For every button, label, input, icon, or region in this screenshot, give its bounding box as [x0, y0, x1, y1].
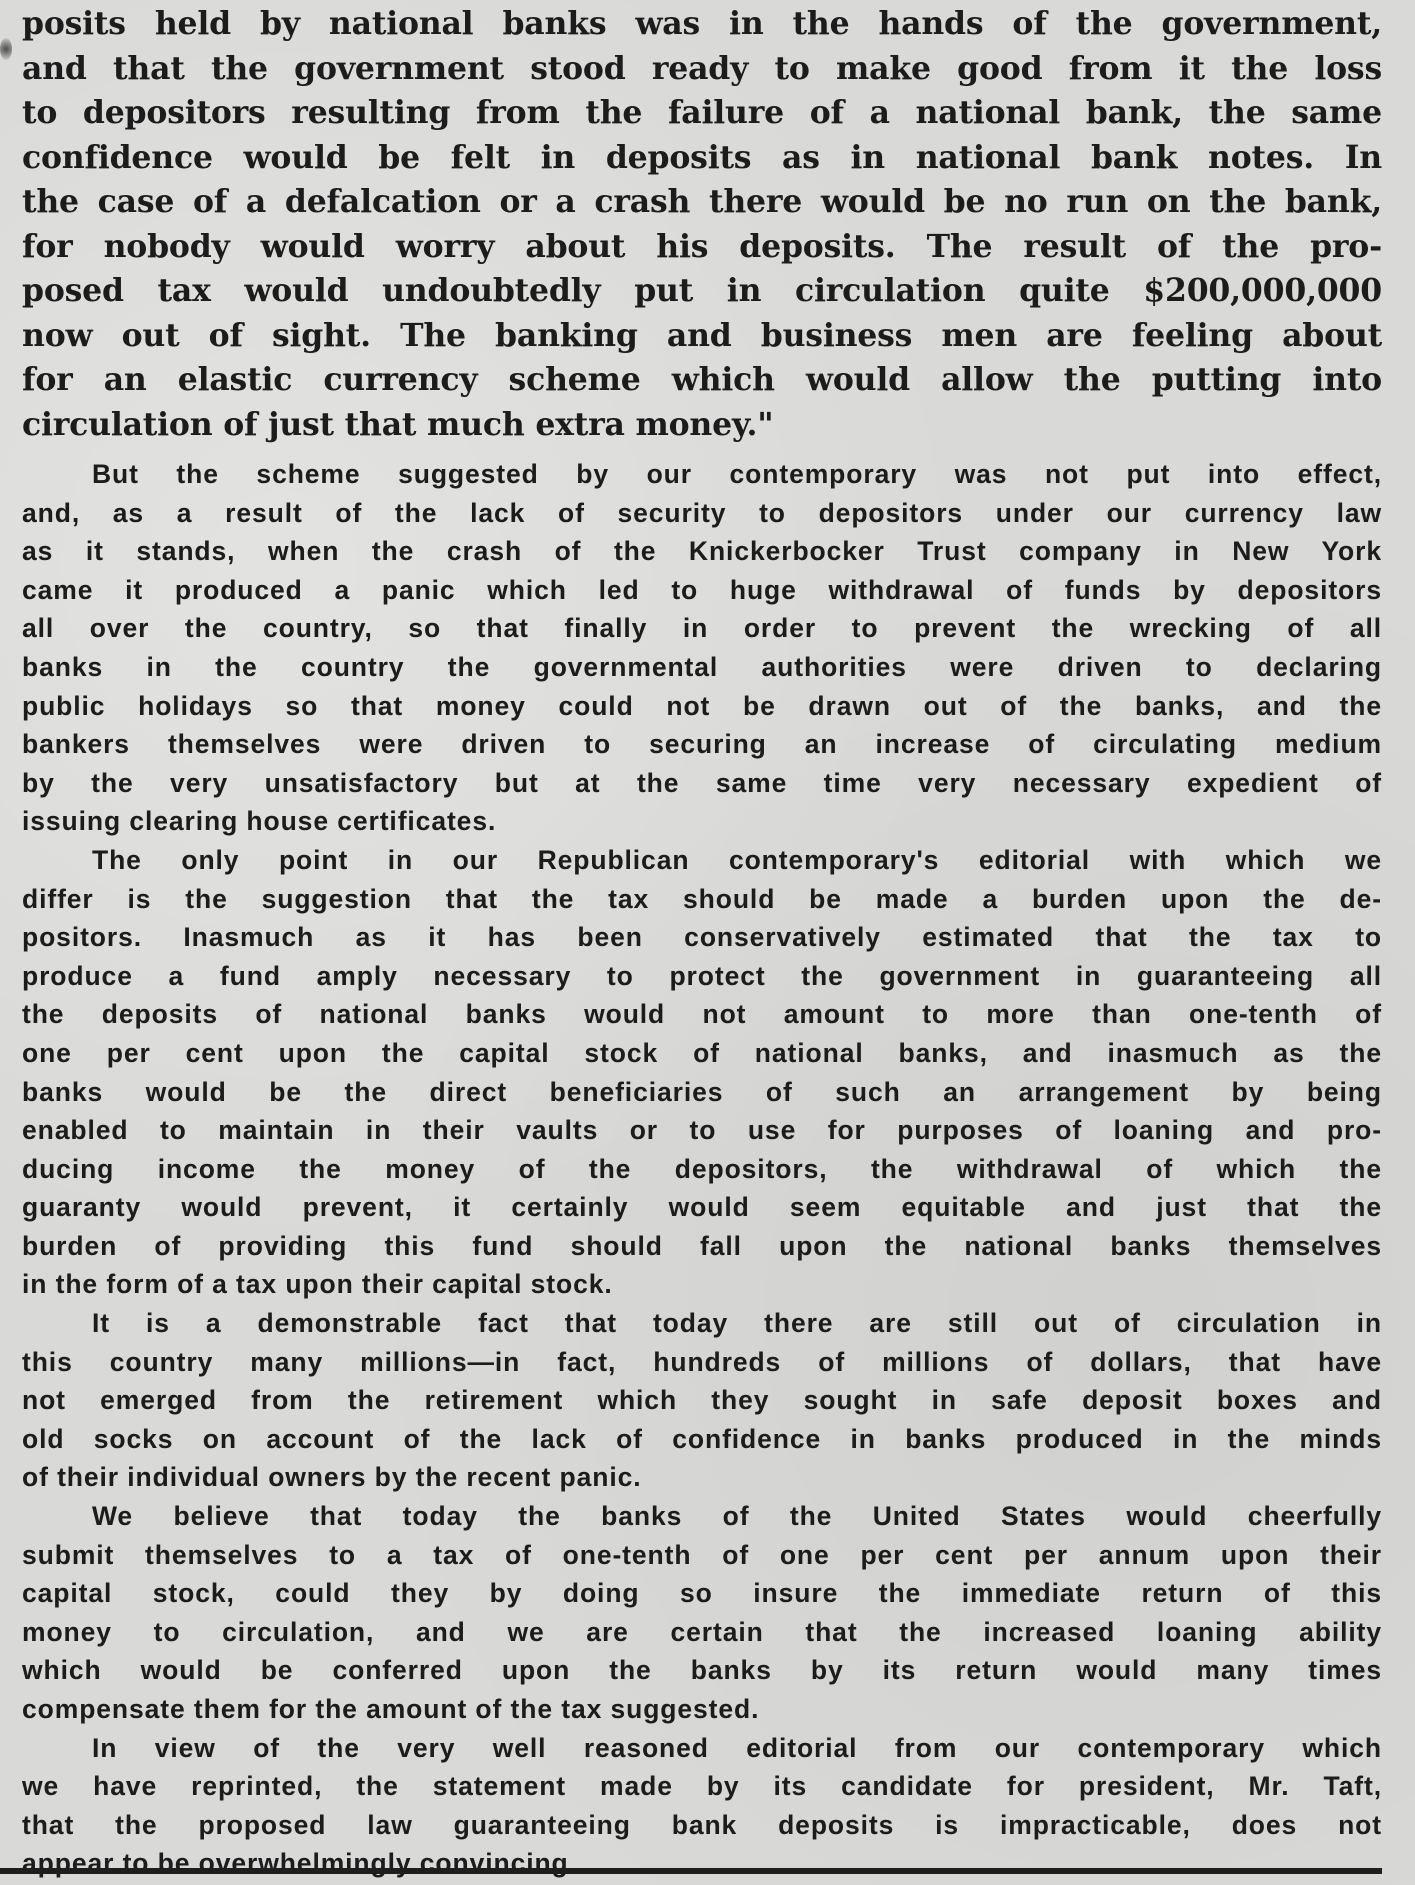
- paragraph-line: positors. Inasmuch as it has been conser…: [22, 918, 1382, 957]
- quote-line: now out of sight. The banking and busine…: [22, 314, 1382, 359]
- paragraph-line: ducing income the money of the depositor…: [22, 1150, 1382, 1189]
- quote-line: the case of a defalcation or a crash the…: [22, 180, 1382, 225]
- paragraph-line: money to circulation, and we are certain…: [22, 1613, 1382, 1652]
- paragraph-line: that the proposed law guaranteeing bank …: [22, 1806, 1382, 1845]
- paragraph-line: banks would be the direct beneficiaries …: [22, 1073, 1382, 1112]
- paragraph-line: one per cent upon the capital stock of n…: [22, 1034, 1382, 1073]
- paragraph: It is a demonstrable fact that today the…: [22, 1304, 1382, 1497]
- paragraph-line: But the scheme suggested by our contempo…: [22, 455, 1382, 494]
- paragraph: In view of the very well reasoned editor…: [22, 1729, 1382, 1883]
- paragraph-line: enabled to maintain in their vaults or t…: [22, 1111, 1382, 1150]
- quote-line: posits held by national banks was in the…: [22, 2, 1382, 47]
- paragraph-line: came it produced a panic which led to hu…: [22, 571, 1382, 610]
- paragraph-line: bankers themselves were driven to securi…: [22, 725, 1382, 764]
- paragraph-line: not emerged from the retirement which th…: [22, 1381, 1382, 1420]
- paragraph-line: public holidays so that money could not …: [22, 687, 1382, 726]
- paragraph-line: The only point in our Republican contemp…: [22, 841, 1382, 880]
- paragraph-line: of their individual owners by the recent…: [22, 1458, 1382, 1497]
- paragraph-line: in the form of a tax upon their capital …: [22, 1265, 1382, 1304]
- paragraph-line: differ is the suggestion that the tax sh…: [22, 880, 1382, 919]
- quoted-passage: posits held by national banks was in the…: [22, 0, 1382, 447]
- paragraph-line: We believe that today the banks of the U…: [22, 1497, 1382, 1536]
- paragraph: We believe that today the banks of the U…: [22, 1497, 1382, 1729]
- paragraph-line: issuing clearing house certificates.: [22, 802, 1382, 841]
- paragraph-line: as it stands, when the crash of the Knic…: [22, 532, 1382, 571]
- paragraph: The only point in our Republican contemp…: [22, 841, 1382, 1304]
- paragraph-line: burden of providing this fund should fal…: [22, 1227, 1382, 1266]
- paragraph-line: the deposits of national banks would not…: [22, 995, 1382, 1034]
- quote-line: circulation of just that much extra mone…: [22, 403, 1382, 448]
- paragraph-line: old socks on account of the lack of conf…: [22, 1420, 1382, 1459]
- paragraph-line: produce a fund amply necessary to protec…: [22, 957, 1382, 996]
- paragraph: But the scheme suggested by our contempo…: [22, 455, 1382, 841]
- quote-line: for nobody would worry about his deposit…: [22, 225, 1382, 270]
- quote-line: to depositors resulting from the failure…: [22, 91, 1382, 136]
- paragraph-line: by the very unsatisfactory but at the sa…: [22, 764, 1382, 803]
- newspaper-column: posits held by national banks was in the…: [22, 0, 1382, 1883]
- paragraph-line: we have reprinted, the statement made by…: [22, 1767, 1382, 1806]
- column-bottom-rule: [0, 1868, 1382, 1874]
- quote-line: and that the government stood ready to m…: [22, 47, 1382, 92]
- paragraph-line: guaranty would prevent, it certainly wou…: [22, 1188, 1382, 1227]
- quote-line: for an elastic currency scheme which wou…: [22, 358, 1382, 403]
- paragraph-line: submit themselves to a tax of one-tenth …: [22, 1536, 1382, 1575]
- paragraph-line: all over the country, so that finally in…: [22, 609, 1382, 648]
- quote-line: posed tax would undoubtedly put in circu…: [22, 269, 1382, 314]
- paragraph-line: It is a demonstrable fact that today the…: [22, 1304, 1382, 1343]
- paragraph-line: and, as a result of the lack of security…: [22, 494, 1382, 533]
- quote-line: confidence would be felt in deposits as …: [22, 136, 1382, 181]
- paragraph-line: In view of the very well reasoned editor…: [22, 1729, 1382, 1768]
- paragraph-line: banks in the country the governmental au…: [22, 648, 1382, 687]
- ink-smudge: [0, 38, 12, 60]
- paragraph-line: which would be conferred upon the banks …: [22, 1651, 1382, 1690]
- paragraph-line: appear to be overwhelmingly convincing.: [22, 1844, 1382, 1883]
- paragraph-line: capital stock, could they by doing so in…: [22, 1574, 1382, 1613]
- paragraph-line: compensate them for the amount of the ta…: [22, 1690, 1382, 1729]
- editorial-body: But the scheme suggested by our contempo…: [22, 455, 1382, 1883]
- paragraph-line: this country many millions—in fact, hund…: [22, 1343, 1382, 1382]
